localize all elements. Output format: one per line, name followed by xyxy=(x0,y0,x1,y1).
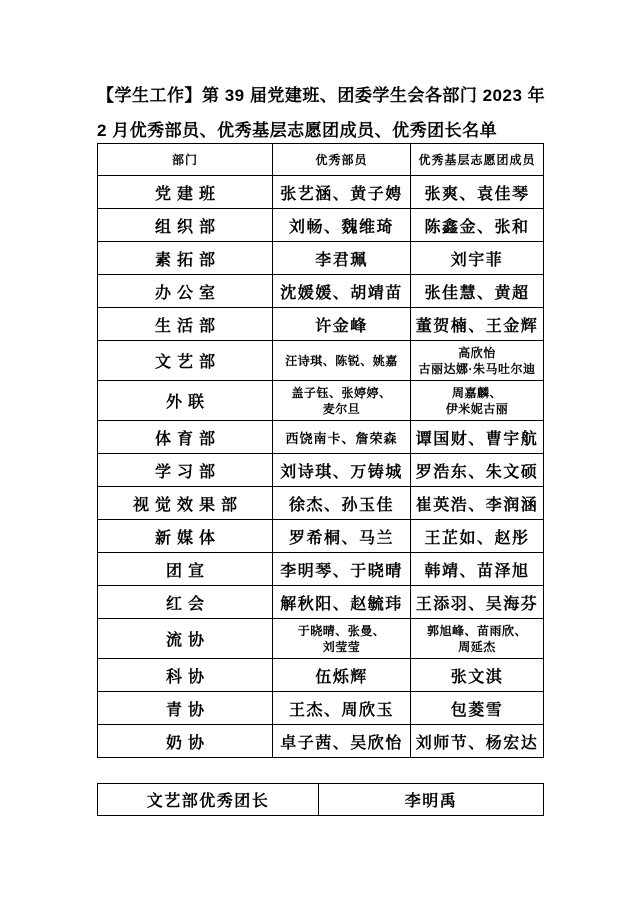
department-cell: 青协 xyxy=(98,692,273,725)
members-cell: 伍烁辉 xyxy=(273,659,411,692)
table-row: 新媒体罗希桐、马兰王芷如、赵彤 xyxy=(98,520,544,553)
volunteers-cell: 刘师节、杨宏达 xyxy=(411,725,544,758)
leader-label: 文艺部优秀团长 xyxy=(98,784,319,816)
members-cell: 盖子钰、张婷婷、麦尔旦 xyxy=(273,381,411,421)
table-row: 流协于晓晴、张曼、刘莹莹郭旭峰、苗雨欣、周延杰 xyxy=(98,619,544,659)
members-cell: 汪诗琪、陈锐、姚嘉 xyxy=(273,341,411,381)
table-row: 红会解秋阳、赵毓玮王添羽、吴海芬 xyxy=(98,586,544,619)
leader-row: 文艺部优秀团长 李明禹 xyxy=(98,784,544,816)
members-cell: 李明琴、于晓晴 xyxy=(273,553,411,586)
table-row: 学习部刘诗琪、万铸城罗浩东、朱文硕 xyxy=(98,454,544,487)
department-cell: 奶协 xyxy=(98,725,273,758)
table-row: 团宣李明琴、于晓晴韩靖、苗泽旭 xyxy=(98,553,544,586)
table-row: 青协王杰、周欣玉包菱雪 xyxy=(98,692,544,725)
department-cell: 学习部 xyxy=(98,454,273,487)
members-cell: 卓子茜、吴欣怡 xyxy=(273,725,411,758)
department-cell: 科协 xyxy=(98,659,273,692)
leader-table: 文艺部优秀团长 李明禹 xyxy=(97,783,544,816)
department-cell: 体育部 xyxy=(98,421,273,454)
header-department: 部门 xyxy=(98,144,273,176)
volunteers-cell: 包菱雪 xyxy=(411,692,544,725)
department-cell: 流协 xyxy=(98,619,273,659)
members-cell: 沈媛媛、胡靖苗 xyxy=(273,275,411,308)
members-cell: 刘诗琪、万铸城 xyxy=(273,454,411,487)
volunteers-cell: 王芷如、赵彤 xyxy=(411,520,544,553)
header-outstanding-volunteers: 优秀基层志愿团成员 xyxy=(411,144,544,176)
department-cell: 外联 xyxy=(98,381,273,421)
volunteers-cell: 崔英浩、李润涵 xyxy=(411,487,544,520)
department-cell: 红会 xyxy=(98,586,273,619)
document-page: 【学生工作】第 39 届党建班、团委学生会各部门 2023 年 2 月优秀部员、… xyxy=(0,0,636,903)
header-outstanding-members: 优秀部员 xyxy=(273,144,411,176)
document-title: 【学生工作】第 39 届党建班、团委学生会各部门 2023 年 2 月优秀部员、… xyxy=(97,78,567,148)
members-cell: 张艺涵、黄子娉 xyxy=(273,176,411,209)
table-body: 党建班张艺涵、黄子娉张爽、袁佳琴组织部刘畅、魏维琦陈鑫金、张和素拓部李君珮刘宇菲… xyxy=(98,176,544,758)
volunteers-cell: 高欣怡古丽达娜·朱马吐尔迪 xyxy=(411,341,544,381)
members-cell: 徐杰、孙玉佳 xyxy=(273,487,411,520)
members-cell: 于晓晴、张曼、刘莹莹 xyxy=(273,619,411,659)
members-cell: 王杰、周欣玉 xyxy=(273,692,411,725)
members-cell: 李君珮 xyxy=(273,242,411,275)
table-row: 奶协卓子茜、吴欣怡刘师节、杨宏达 xyxy=(98,725,544,758)
table-row: 党建班张艺涵、黄子娉张爽、袁佳琴 xyxy=(98,176,544,209)
volunteers-cell: 张文淇 xyxy=(411,659,544,692)
volunteers-cell: 周嘉麟、伊米妮古丽 xyxy=(411,381,544,421)
volunteers-cell: 郭旭峰、苗雨欣、周延杰 xyxy=(411,619,544,659)
department-cell: 组织部 xyxy=(98,209,273,242)
table-row: 组织部刘畅、魏维琦陈鑫金、张和 xyxy=(98,209,544,242)
table-row: 科协伍烁辉张文淇 xyxy=(98,659,544,692)
volunteers-cell: 罗浩东、朱文硕 xyxy=(411,454,544,487)
members-cell: 许金峰 xyxy=(273,308,411,341)
volunteers-cell: 王添羽、吴海芬 xyxy=(411,586,544,619)
volunteers-cell: 张爽、袁佳琴 xyxy=(411,176,544,209)
volunteers-cell: 张佳慧、黄超 xyxy=(411,275,544,308)
volunteers-cell: 谭国财、曹宇航 xyxy=(411,421,544,454)
department-cell: 团宣 xyxy=(98,553,273,586)
title-line-1: 【学生工作】第 39 届党建班、团委学生会各部门 2023 年 xyxy=(97,78,567,113)
table-row: 生活部许金峰董贺楠、王金辉 xyxy=(98,308,544,341)
department-cell: 办公室 xyxy=(98,275,273,308)
table-row: 文艺部汪诗琪、陈锐、姚嘉高欣怡古丽达娜·朱马吐尔迪 xyxy=(98,341,544,381)
volunteers-cell: 刘宇菲 xyxy=(411,242,544,275)
volunteers-cell: 董贺楠、王金辉 xyxy=(411,308,544,341)
table-row: 体育部西饶南卡、詹荣森谭国财、曹宇航 xyxy=(98,421,544,454)
department-cell: 文艺部 xyxy=(98,341,273,381)
department-cell: 新媒体 xyxy=(98,520,273,553)
department-cell: 党建班 xyxy=(98,176,273,209)
table-row: 素拓部李君珮刘宇菲 xyxy=(98,242,544,275)
leader-value: 李明禹 xyxy=(319,784,544,816)
department-cell: 视觉效果部 xyxy=(98,487,273,520)
department-cell: 素拓部 xyxy=(98,242,273,275)
awards-table: 部门 优秀部员 优秀基层志愿团成员 党建班张艺涵、黄子娉张爽、袁佳琴组织部刘畅、… xyxy=(97,143,544,758)
volunteers-cell: 韩靖、苗泽旭 xyxy=(411,553,544,586)
members-cell: 罗希桐、马兰 xyxy=(273,520,411,553)
members-cell: 西饶南卡、詹荣森 xyxy=(273,421,411,454)
volunteers-cell: 陈鑫金、张和 xyxy=(411,209,544,242)
members-cell: 刘畅、魏维琦 xyxy=(273,209,411,242)
table-row: 外联盖子钰、张婷婷、麦尔旦周嘉麟、伊米妮古丽 xyxy=(98,381,544,421)
members-cell: 解秋阳、赵毓玮 xyxy=(273,586,411,619)
table-row: 办公室沈媛媛、胡靖苗张佳慧、黄超 xyxy=(98,275,544,308)
table-row: 视觉效果部徐杰、孙玉佳崔英浩、李润涵 xyxy=(98,487,544,520)
table-header-row: 部门 优秀部员 优秀基层志愿团成员 xyxy=(98,144,544,176)
department-cell: 生活部 xyxy=(98,308,273,341)
